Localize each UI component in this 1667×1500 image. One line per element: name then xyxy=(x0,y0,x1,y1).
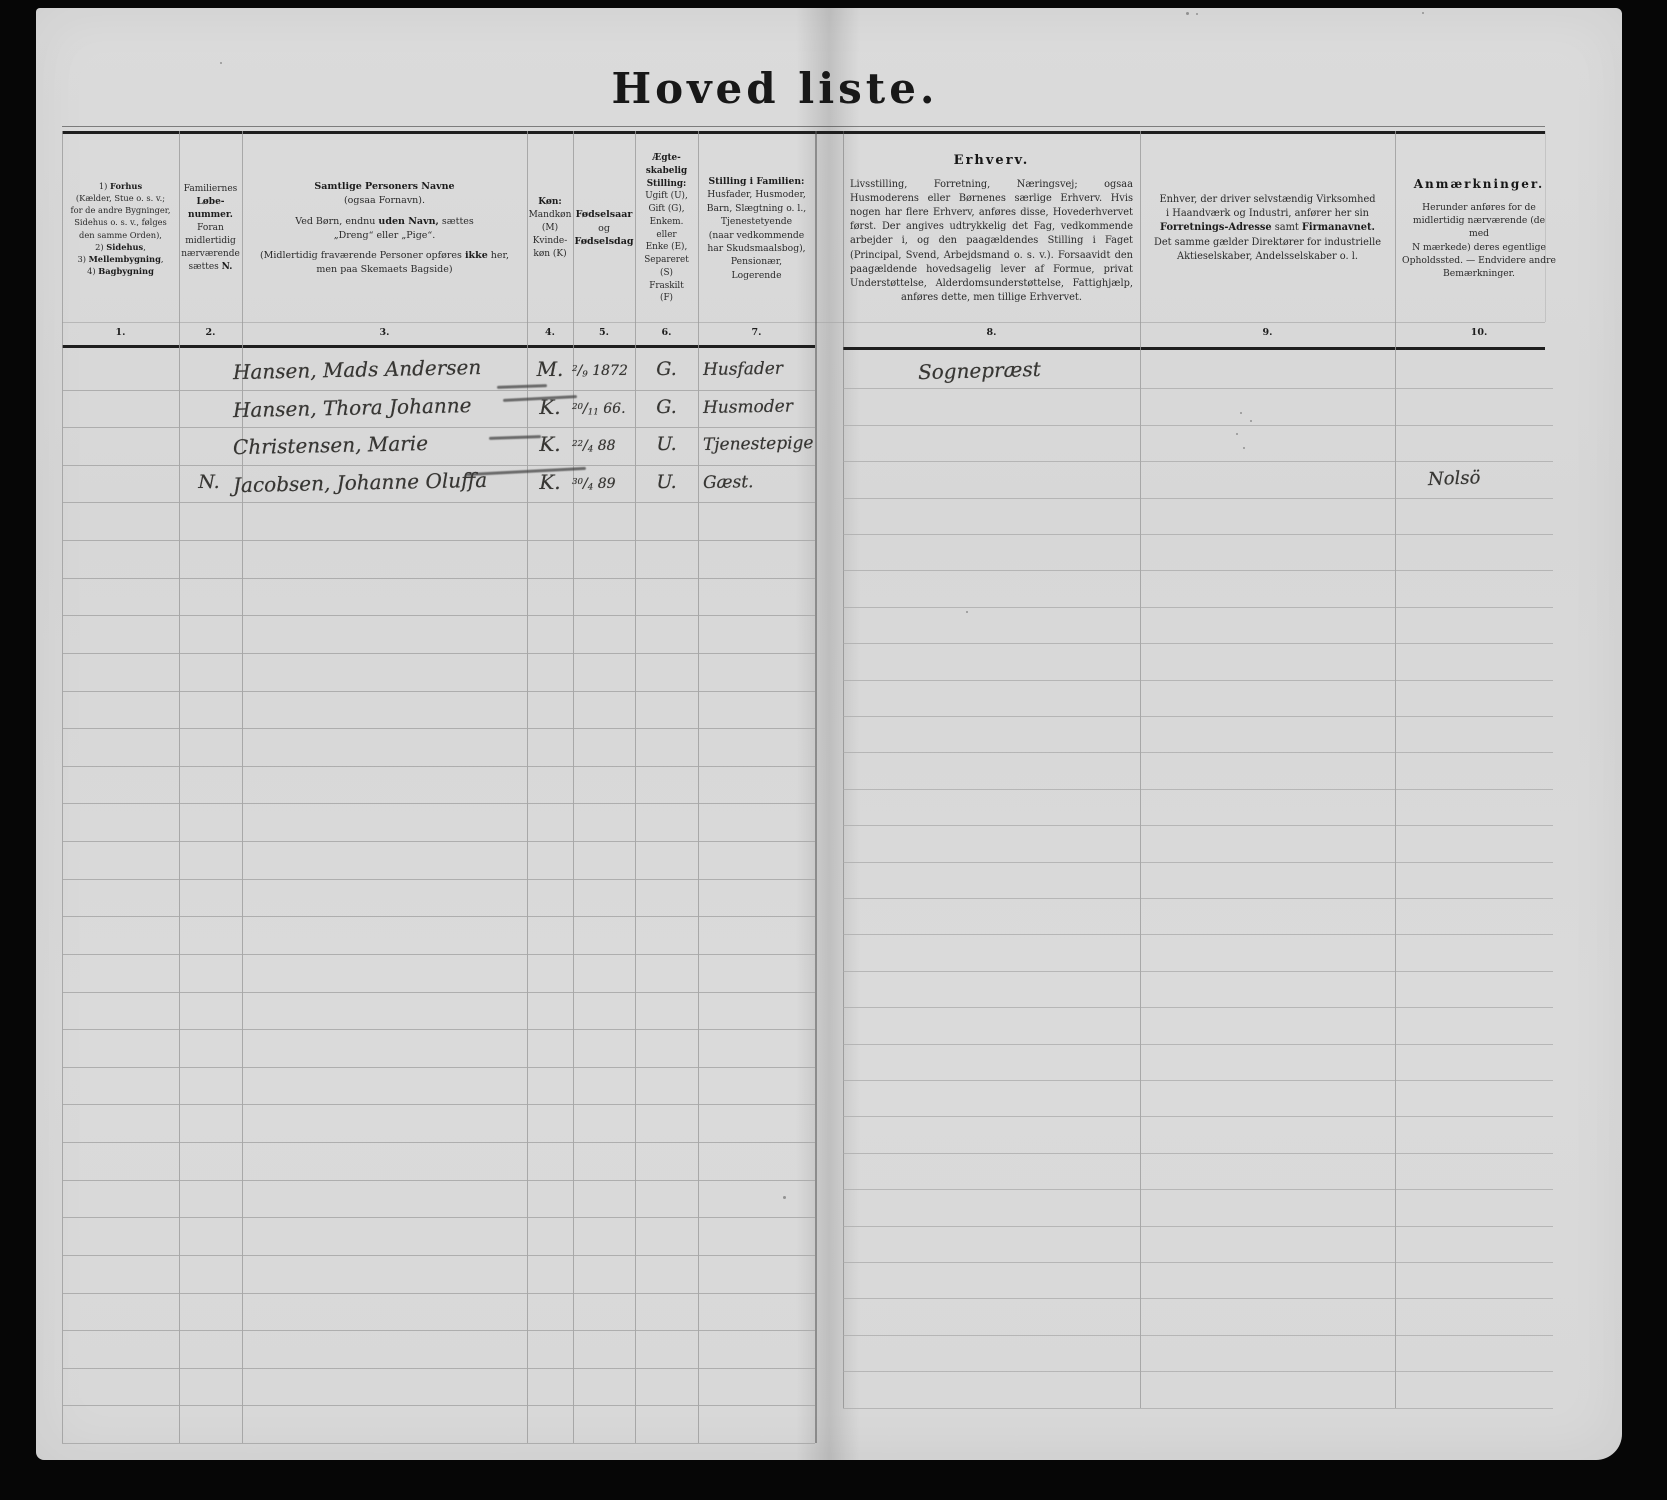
entry-remark-4: Nolsö xyxy=(1427,461,1548,498)
column-header-8: Erhverv.Livsstilling, Forretning, Næring… xyxy=(843,135,1140,322)
row-line-right xyxy=(843,898,1553,899)
column-header-10: Anmærkninger.Herunder anføres for demidl… xyxy=(1395,135,1563,322)
row-line-left xyxy=(62,615,815,616)
row-line-right xyxy=(843,498,1553,499)
row-line-left xyxy=(62,1142,815,1143)
entry-occupation-1: Sognepræst xyxy=(918,351,1159,390)
column-header-9: Enhver, der driver selvstændig Virksomhe… xyxy=(1140,135,1395,322)
dust-speck-7 xyxy=(220,62,222,64)
row-line-right xyxy=(843,1116,1553,1117)
column-number-8: 8. xyxy=(843,327,1140,338)
dust-speck-3 xyxy=(1243,447,1245,449)
row-line-left xyxy=(62,1104,815,1105)
column-number-9: 9. xyxy=(1140,327,1395,338)
row-line-right xyxy=(843,570,1553,571)
dust-speck-8 xyxy=(966,611,968,613)
scanned-census-page: Hoved liste. 1) Forhus(Kælder, Stue o. s… xyxy=(0,0,1667,1500)
entry-sex-1: M. xyxy=(527,354,573,388)
row-line-left xyxy=(62,954,815,955)
entry-name-4: Jacobsen, Johanne Oluffa xyxy=(233,464,534,504)
entry-marital-1: G. xyxy=(635,354,698,388)
row-line-left xyxy=(62,1293,815,1294)
entry-family_position-4: Gæst. xyxy=(703,466,824,502)
dust-speck-0 xyxy=(1240,412,1242,414)
row-line-left xyxy=(62,916,815,917)
row-line-left xyxy=(62,578,815,579)
row-line-right xyxy=(843,1080,1553,1081)
dust-speck-6 xyxy=(1422,12,1424,14)
row-line-left xyxy=(62,992,815,993)
entry-family_position-2: Husmoder xyxy=(703,391,824,427)
column-number-10: 10. xyxy=(1395,327,1563,338)
row-line-left xyxy=(62,841,815,842)
row-line-right xyxy=(843,716,1553,717)
entry-birth-3: 22/4 88 xyxy=(572,429,636,463)
right-page-edge-line xyxy=(843,131,844,1408)
header-bottom-rule-left xyxy=(62,345,815,348)
row-line-right xyxy=(843,1408,1553,1409)
row-line-right xyxy=(843,1189,1553,1190)
column-number-1: 1. xyxy=(62,327,179,338)
header-number-separator xyxy=(62,322,1545,323)
entry-sex-3: K. xyxy=(527,429,573,463)
row-line-right xyxy=(843,680,1553,681)
row-line-right xyxy=(843,607,1553,608)
column-header-1: 1) Forhus(Kælder, Stue o. s. v.;for de a… xyxy=(62,135,179,322)
dust-speck-1 xyxy=(1250,420,1252,422)
row-line-left xyxy=(62,1443,815,1444)
row-line-right xyxy=(843,425,1553,426)
row-line-left xyxy=(62,1405,815,1406)
entry-lobenummer-4: N. xyxy=(188,467,230,501)
table-top-rule xyxy=(62,131,1545,134)
entry-marital-2: G. xyxy=(635,392,698,426)
row-line-right xyxy=(843,643,1553,644)
entry-name-3: Christensen, Marie xyxy=(233,426,534,466)
entry-name-1: Hansen, Mads Andersen xyxy=(233,351,534,391)
entry-birth-4: 30/4 89 xyxy=(572,467,636,501)
row-line-left xyxy=(62,1067,815,1068)
column-header-7: Stilling i Familien:Husfader, Husmoder,B… xyxy=(698,135,815,322)
row-line-left xyxy=(62,1180,815,1181)
row-line-right xyxy=(843,461,1553,462)
row-line-right xyxy=(843,862,1553,863)
dust-speck-4 xyxy=(1186,12,1189,15)
row-line-right xyxy=(843,1262,1553,1263)
row-line-right xyxy=(843,1371,1553,1372)
row-line-left xyxy=(62,879,815,880)
column-header-3: Samtlige Personers Navne(ogsaa Fornavn).… xyxy=(242,135,527,322)
entry-family_position-3: Tjenestepige xyxy=(703,428,824,464)
header-bottom-rule-right xyxy=(843,347,1545,350)
column-number-3: 3. xyxy=(242,327,527,338)
column-line-right-0 xyxy=(1140,131,1141,1408)
dust-speck-5 xyxy=(1196,13,1198,15)
entry-birth-1: 2/9 1872 xyxy=(572,354,636,388)
dust-speck-2 xyxy=(1236,433,1238,435)
column-number-2: 2. xyxy=(179,327,242,338)
row-line-left xyxy=(62,1029,815,1030)
column-header-4: Køn:Mandkøn(M)Kvinde-køn (K) xyxy=(527,135,573,322)
entry-marital-3: U. xyxy=(635,429,698,463)
row-line-right xyxy=(843,825,1553,826)
entry-name-2: Hansen, Thora Johanne xyxy=(233,388,534,428)
entry-birth-2: 20/11 66. xyxy=(572,392,636,426)
row-line-left xyxy=(62,540,815,541)
row-line-left xyxy=(62,1217,815,1218)
row-line-right xyxy=(843,1226,1553,1227)
row-line-left xyxy=(62,502,815,503)
column-number-7: 7. xyxy=(698,327,815,338)
row-line-left xyxy=(62,728,815,729)
column-number-5: 5. xyxy=(573,327,635,338)
dust-speck-9 xyxy=(783,1196,786,1199)
row-line-left xyxy=(62,766,815,767)
column-header-5: FødselsaarogFødselsdag xyxy=(573,135,635,322)
row-line-right xyxy=(843,1298,1553,1299)
row-line-left xyxy=(62,803,815,804)
row-line-left xyxy=(62,653,815,654)
row-line-right xyxy=(843,534,1553,535)
entry-marital-4: U. xyxy=(635,467,698,501)
page-title: Hoved liste. xyxy=(40,64,1510,113)
row-line-right xyxy=(843,752,1553,753)
column-number-6: 6. xyxy=(635,327,698,338)
column-line-right-1 xyxy=(1395,131,1396,1408)
row-line-left xyxy=(62,691,815,692)
row-line-right xyxy=(843,971,1553,972)
column-header-2: FamiliernesLøbe-nummer.Foranmidlertidign… xyxy=(179,135,242,322)
row-line-right xyxy=(843,1153,1553,1154)
column-header-6: Ægte-skabeligStilling:Ugift (U),Gift (G)… xyxy=(635,135,698,322)
row-line-right xyxy=(843,1007,1553,1008)
left-page-edge-line xyxy=(815,131,817,1443)
column-number-4: 4. xyxy=(527,327,573,338)
entry-family_position-1: Husfader xyxy=(703,353,824,389)
row-line-right xyxy=(843,789,1553,790)
row-line-right xyxy=(843,934,1553,935)
row-line-left xyxy=(62,1330,815,1331)
row-line-left xyxy=(62,1368,815,1369)
row-line-left xyxy=(62,1255,815,1256)
row-line-right xyxy=(843,1044,1553,1045)
table-top-thin-rule xyxy=(62,126,1545,127)
row-line-right xyxy=(843,1335,1553,1336)
